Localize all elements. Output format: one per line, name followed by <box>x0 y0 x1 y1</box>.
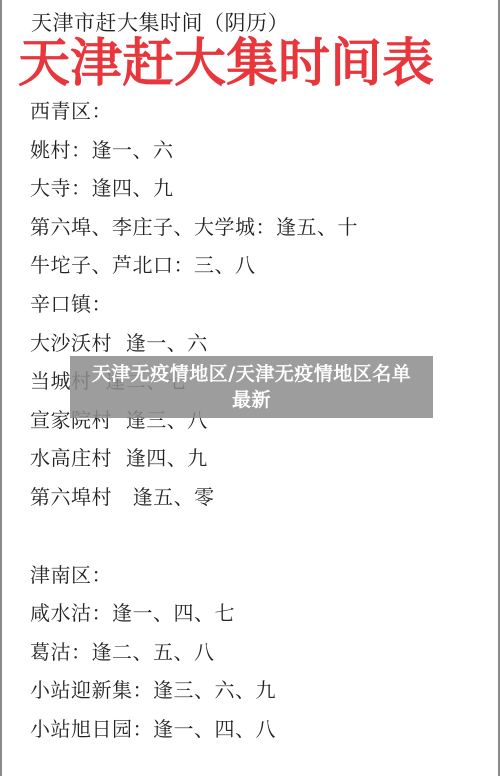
list-item: 第六埠村 逢五、零 <box>30 478 358 517</box>
list-item: 小站迎新集：逢三、六、九 <box>30 671 358 710</box>
market-schedule-list: 西青区： 姚村：逢一、六 大寺：逢四、九 第六埠、李庄子、大学城：逢五、十 牛坨… <box>30 92 358 749</box>
list-item: 葛沽：逢二、五、八 <box>30 633 358 672</box>
district-heading-jinnan: 津南区： <box>30 556 358 595</box>
caption-overlay: 天津无疫情地区/天津无疫情地区名单最新 <box>70 356 433 418</box>
district-heading-xiqing: 西青区： <box>30 92 358 131</box>
list-item: 水高庄村 逢四、九 <box>30 439 358 478</box>
blank-line <box>30 517 358 556</box>
list-item: 牛坨子、芦北口：三、八 <box>30 246 358 285</box>
list-item: 第六埠、李庄子、大学城：逢五、十 <box>30 208 358 247</box>
document-title: 天津赶大集时间表 <box>18 32 468 96</box>
list-item: 大寺：逢四、九 <box>30 169 358 208</box>
caption-text: 天津无疫情地区/天津无疫情地区名单最新 <box>90 361 413 413</box>
document-page: 天津市赶大集时间（阴历） 天津赶大集时间表 西青区： 姚村：逢一、六 大寺：逢四… <box>0 0 500 776</box>
list-item: 小站旭日园：逢一、四、八 <box>30 710 358 749</box>
town-heading-xinkou: 辛口镇： <box>30 285 358 324</box>
list-item: 咸水沽：逢一、四、七 <box>30 594 358 633</box>
list-item: 姚村：逢一、六 <box>30 131 358 170</box>
